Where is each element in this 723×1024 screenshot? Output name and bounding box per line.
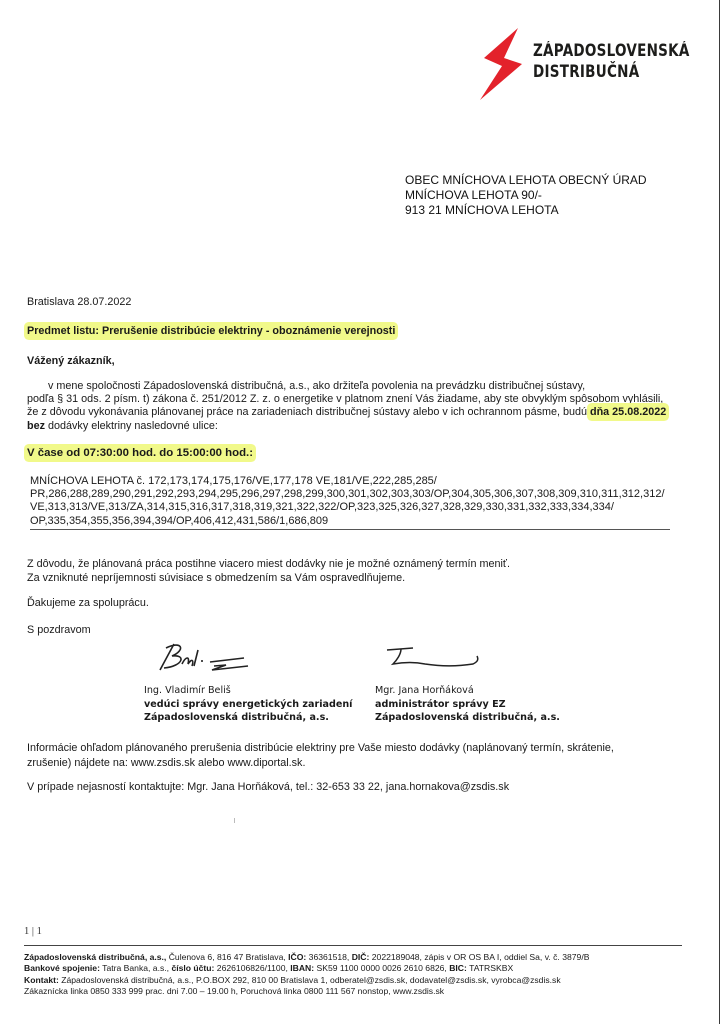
subject-text: Predmet listu: Prerušenie distribúcie el… [27,325,395,337]
page-number: 1 | 1 [24,926,42,937]
main-paragraph: v mene spoločnosti Západoslovenská distr… [27,380,666,433]
address-line: PR,286,288,289,290,291,292,293,294,295,2… [30,488,670,501]
logo-wordmark: ZÁPADOSLOVENSKÁ DISTRIBUČNÁ [533,40,690,82]
footer-bic: TATRSKBX [467,963,513,973]
info-line-1: Informácie ohľadom plánovaného prerušeni… [27,741,614,756]
recipient-line-2: MNÍCHOVA LEHOTA 90/- [405,188,647,203]
footer-iban: SK59 1100 0000 0026 2610 6826, [314,963,449,973]
paragraph-line-2: podľa § 31 ods. 2 písm. t) zákona č. 251… [27,393,666,406]
footer-ico-label: IČO: [288,952,306,962]
footer-line-3: Kontakt: Západoslovenská distribučná, a.… [24,975,589,986]
signatory-2: Mgr. Jana Horňáková administrátor správy… [375,684,560,725]
footer-bank-label: Bankové spojenie: [24,963,100,973]
signatory-name: Ing. Vladimír Beliš [144,684,352,698]
thanks-line: Ďakujeme za spoluprácu. [27,597,149,610]
footer-dic: 2022189048, zápis v OR OS BA I, oddiel S… [369,952,589,962]
footer-line-1: Západoslovenská distribučná, a.s., Čulen… [24,952,589,963]
time-window-text: V čase od 07:30:00 hod. do 15:00:00 hod.… [27,447,253,459]
signatory-company: Západoslovenská distribučná, a.s. [144,711,352,725]
company-logo: ZÁPADOSLOVENSKÁ DISTRIBUČNÁ [478,28,708,98]
footer-contact: Západoslovenská distribučná, a.s., P.O.B… [59,975,561,985]
info-paragraph: Informácie ohľadom plánovaného prerušeni… [27,741,614,770]
paragraph-line-1: v mene spoločnosti Západoslovenská distr… [27,380,666,393]
closing-paragraph: Z dôvodu, že plánovaná práca postihne vi… [27,557,510,585]
signatory-1: Ing. Vladimír Beliš vedúci správy energe… [144,684,352,725]
without-word: bez [27,420,45,432]
footer-company-name: Západoslovenská distribučná, a.s., [24,952,166,962]
footer-account: 2626106826/1100, [214,963,290,973]
paragraph-line-4-text: dodávky elektriny nasledovné ulice: [45,420,218,432]
closing-line-1: Z dôvodu, že plánovaná práca postihne vi… [27,557,510,571]
letter-subject: Predmet listu: Prerušenie distribúcie el… [27,325,395,338]
footer-divider [24,945,682,946]
logo-line-1: ZÁPADOSLOVENSKÁ [533,40,690,61]
footer-dic-label: DIČ: [352,952,370,962]
recipient-line-3: 913 21 MNÍCHOVA LEHOTA [405,203,647,218]
footer-line-2: Bankové spojenie: Tatra Banka, a.s., čís… [24,963,589,974]
footer-bank: Tatra Banka, a.s., [100,963,172,973]
paragraph-line-3-text: že z dôvodu vykonávania plánovanej práce… [27,406,590,418]
footer-address: Čulenova 6, 816 47 Bratislava, [166,952,288,962]
paragraph-line-3: že z dôvodu vykonávania plánovanej práce… [27,406,666,419]
company-footer: Západoslovenská distribučná, a.s., Čulen… [24,952,589,997]
greeting: Vážený zákazník, [27,355,115,368]
signature-hornakova-icon [385,644,485,672]
place-date: Bratislava 28.07.2022 [27,296,131,309]
address-line: VE,313,313/VE,313/ZA,314,315,316,317,318… [30,501,670,514]
recipient-address: OBEC MNÍCHOVA LEHOTA OBECNÝ ÚRAD MNÍCHOV… [405,173,647,218]
signature-belis-icon [152,640,252,676]
outage-date: dňa 25.08.2022 [590,406,666,418]
contact-line: V prípade nejasností kontaktujte: Mgr. J… [27,781,509,794]
footer-ico: 36361518, [306,952,351,962]
footer-line-4: Zákaznícka linka 0850 333 999 prac. dni … [24,986,589,997]
regards-line: S pozdravom [27,624,91,637]
closing-line-2: Za vzniknuté nepríjemnosti súvisiace s o… [27,571,510,585]
footer-contact-label: Kontakt: [24,975,59,985]
footer-account-label: číslo účtu: [171,963,214,973]
signatory-name: Mgr. Jana Horňáková [375,684,560,698]
info-line-2: zrušenie) nájdete na: www.zsdis.sk alebo… [27,756,614,771]
paragraph-line-4: bez dodávky elektriny nasledovné ulice: [27,420,666,433]
address-line: OP,335,354,355,356,394,394/OP,406,412,43… [30,515,670,528]
page-edge [719,0,720,1024]
recipient-line-1: OBEC MNÍCHOVA LEHOTA OBECNÝ ÚRAD [405,173,647,188]
footer-bic-label: BIC: [449,963,467,973]
signatory-role: administrátor správy EZ [375,698,560,712]
footer-iban-label: IBAN: [290,963,314,973]
address-line: MNÍCHOVA LEHOTA č. 172,173,174,175,176/V… [30,475,670,488]
signatory-role: vedúci správy energetických zariadení [144,698,352,712]
affected-addresses: MNÍCHOVA LEHOTA č. 172,173,174,175,176/V… [30,475,670,530]
signatory-company: Západoslovenská distribučná, a.s. [375,711,560,725]
outage-time-window: V čase od 07:30:00 hod. do 15:00:00 hod.… [27,447,253,460]
lightning-bolt-icon [478,28,524,100]
logo-line-2: DISTRIBUČNÁ [533,61,690,82]
scan-mark [234,818,235,823]
